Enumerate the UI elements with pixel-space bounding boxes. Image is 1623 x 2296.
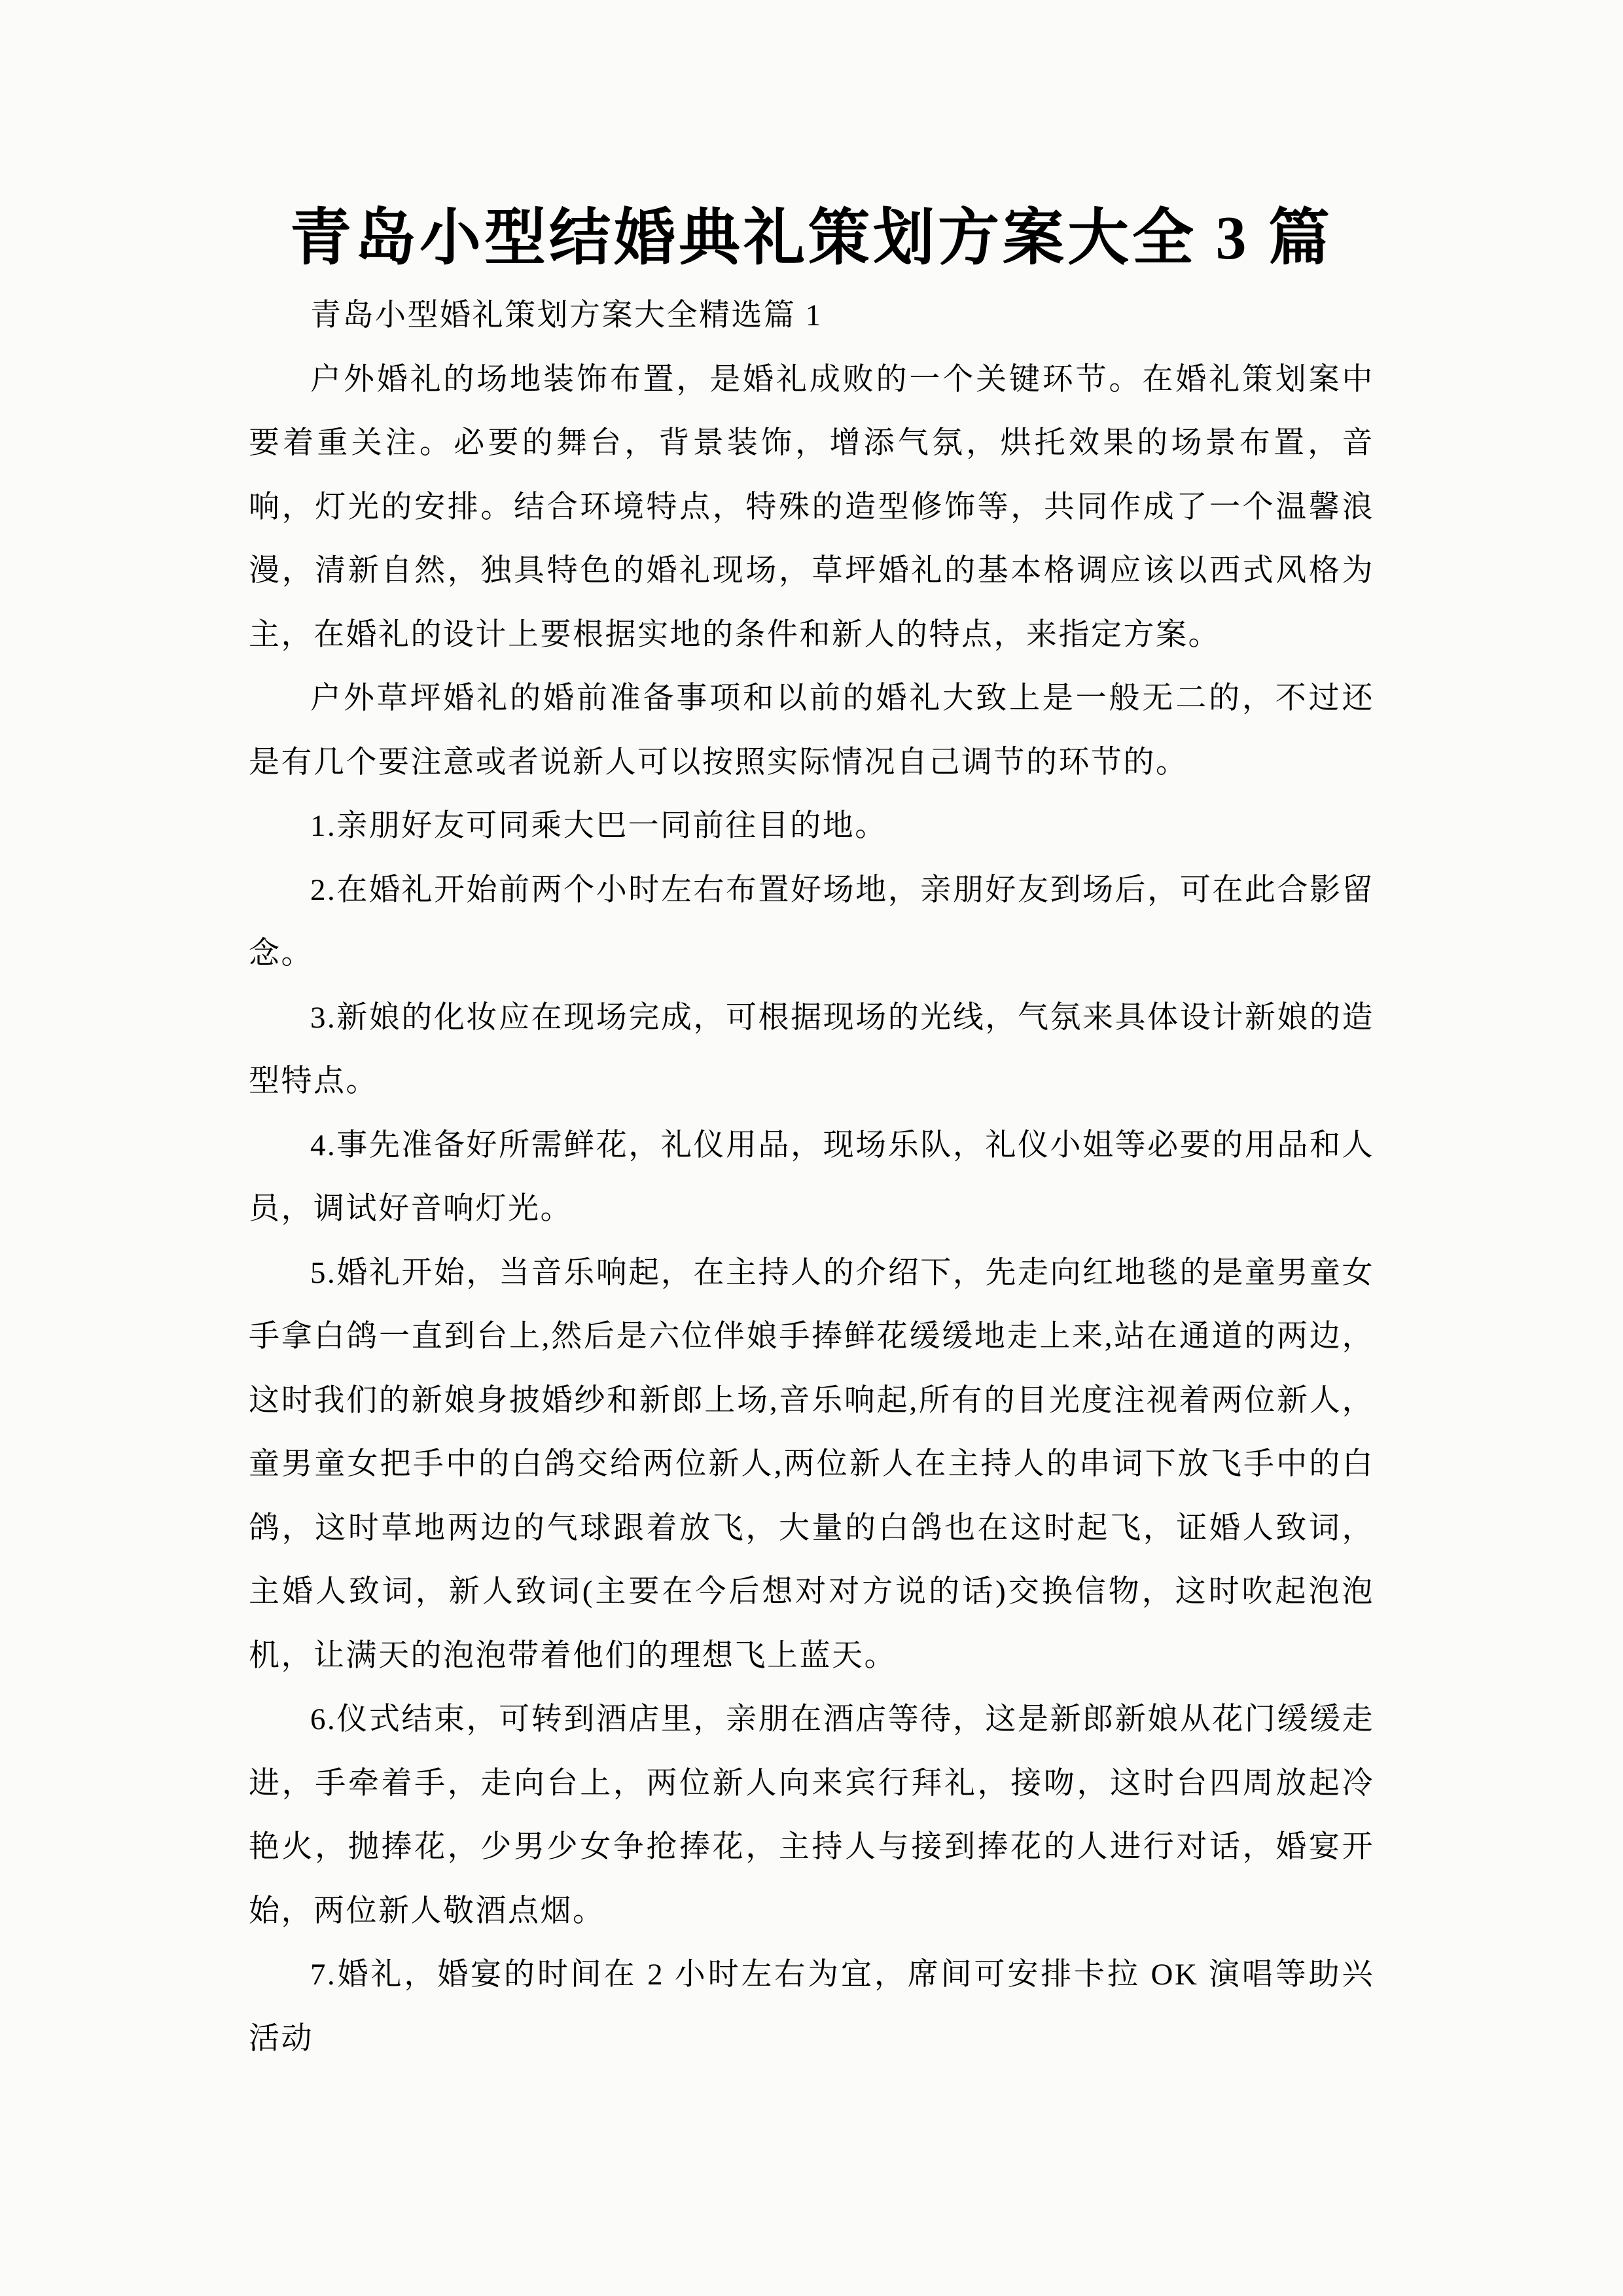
list-item-paragraph: 5.婚礼开始，当音乐响起，在主持人的介绍下，先走向红地毯的是童男童女手拿白鸽一直… (249, 1242, 1374, 1689)
paragraph: 户外婚礼的场地装饰布置，是婚礼成败的一个关键环节。在婚礼策划案中要着重关注。必要… (249, 348, 1374, 668)
document-page: 青岛小型结婚典礼策划方案大全 3 篇 青岛小型婚礼策划方案大全精选篇 1 户外婚… (0, 0, 1623, 2296)
list-item-paragraph: 4.事先准备好所需鲜花，礼仪用品，现场乐队，礼仪小姐等必要的用品和人员，调试好音… (249, 1114, 1374, 1242)
paragraph: 户外草坪婚礼的婚前准备事项和以前的婚礼大致上是一般无二的，不过还是有几个要注意或… (249, 667, 1374, 795)
document-body: 青岛小型婚礼策划方案大全精选篇 1 户外婚礼的场地装饰布置，是婚礼成败的一个关键… (249, 284, 1374, 2071)
document-title: 青岛小型结婚典礼策划方案大全 3 篇 (0, 0, 1623, 275)
list-item-paragraph: 6.仪式结束，可转到酒店里，亲朋在酒店等待，这是新郎新娘从花门缓缓走进，手牵着手… (249, 1688, 1374, 1943)
list-item-paragraph: 2.在婚礼开始前两个小时左右布置好场地，亲朋好友到场后，可在此合影留念。 (249, 859, 1374, 986)
list-item-paragraph: 1.亲朋好友可同乘大巴一同前往目的地。 (249, 795, 1374, 859)
list-item-paragraph: 3.新娘的化妆应在现场完成，可根据现场的光线，气氛来具体设计新娘的造型特点。 (249, 986, 1374, 1114)
document-subtitle: 青岛小型婚礼策划方案大全精选篇 1 (249, 284, 1374, 348)
list-item-paragraph: 7.婚礼，婚宴的时间在 2 小时左右为宜，席间可安排卡拉 OK 演唱等助兴活动 (249, 1943, 1374, 2071)
